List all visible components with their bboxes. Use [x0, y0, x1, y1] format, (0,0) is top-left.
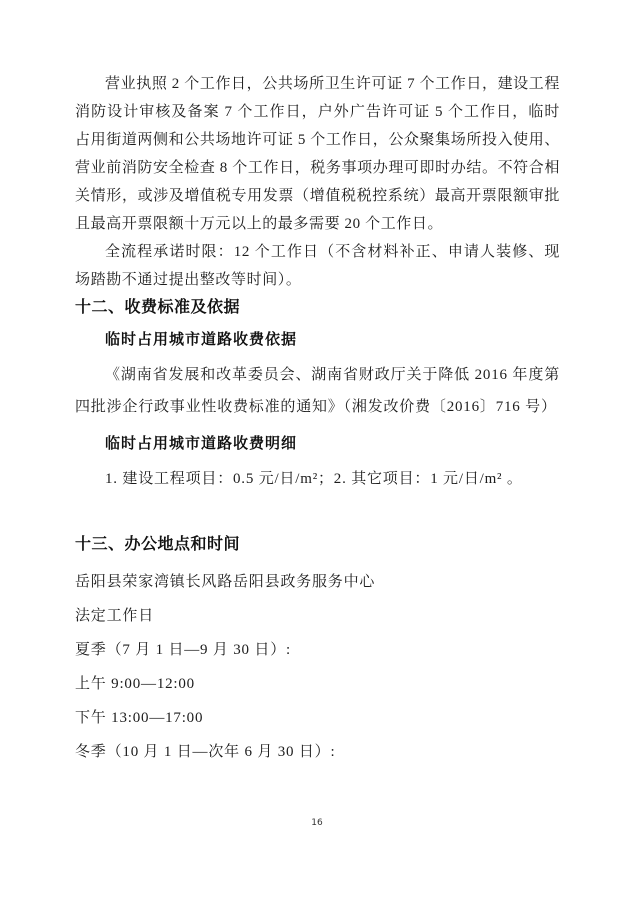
winter-schedule-line: 冬季（10 月 1 日—次年 6 月 30 日）:: [75, 735, 560, 769]
office-info-block: 岳阳县荣家湾镇长风路岳阳县政务服务中心 法定工作日 夏季（7 月 1 日—9 月…: [75, 565, 560, 769]
paragraph-fee-basis-document: 《湖南省发展和改革委员会、湖南省财政厅关于降低 2016 年度第四批涉企行政事业…: [75, 359, 560, 423]
section-heading-12-fee-standards: 十二、收费标准及依据: [75, 294, 560, 322]
summer-schedule-line: 夏季（7 月 1 日—9 月 30 日）:: [75, 633, 560, 667]
subheading-fee-basis: 临时占用城市道路收费依据: [75, 325, 560, 355]
morning-hours-line: 上午 9:00—12:00: [75, 667, 560, 701]
paragraph-promise-time-limit: 全流程承诺时限：12 个工作日（不含材料补正、申请人装修、现场踏勘不通过提出整改…: [75, 238, 560, 294]
document-page: 营业执照 2 个工作日，公共场所卫生许可证 7 个工作日，建设工程消防设计审核及…: [0, 0, 634, 898]
document-content: 营业执照 2 个工作日，公共场所卫生许可证 7 个工作日，建设工程消防设计审核及…: [75, 70, 560, 769]
section-heading-13-office-location: 十三、办公地点和时间: [75, 531, 560, 559]
paragraph-processing-duration: 营业执照 2 个工作日，公共场所卫生许可证 7 个工作日，建设工程消防设计审核及…: [75, 70, 560, 238]
subheading-fee-detail: 临时占用城市道路收费明细: [75, 429, 560, 459]
workday-label-line: 法定工作日: [75, 599, 560, 633]
page-number: 16: [0, 818, 634, 828]
office-address-line: 岳阳县荣家湾镇长风路岳阳县政务服务中心: [75, 565, 560, 599]
paragraph-fee-detail: 1. 建设工程项目：0.5 元/日/m²；2. 其它项目：1 元/日/m² 。: [75, 463, 560, 495]
afternoon-hours-line: 下午 13:00—17:00: [75, 701, 560, 735]
